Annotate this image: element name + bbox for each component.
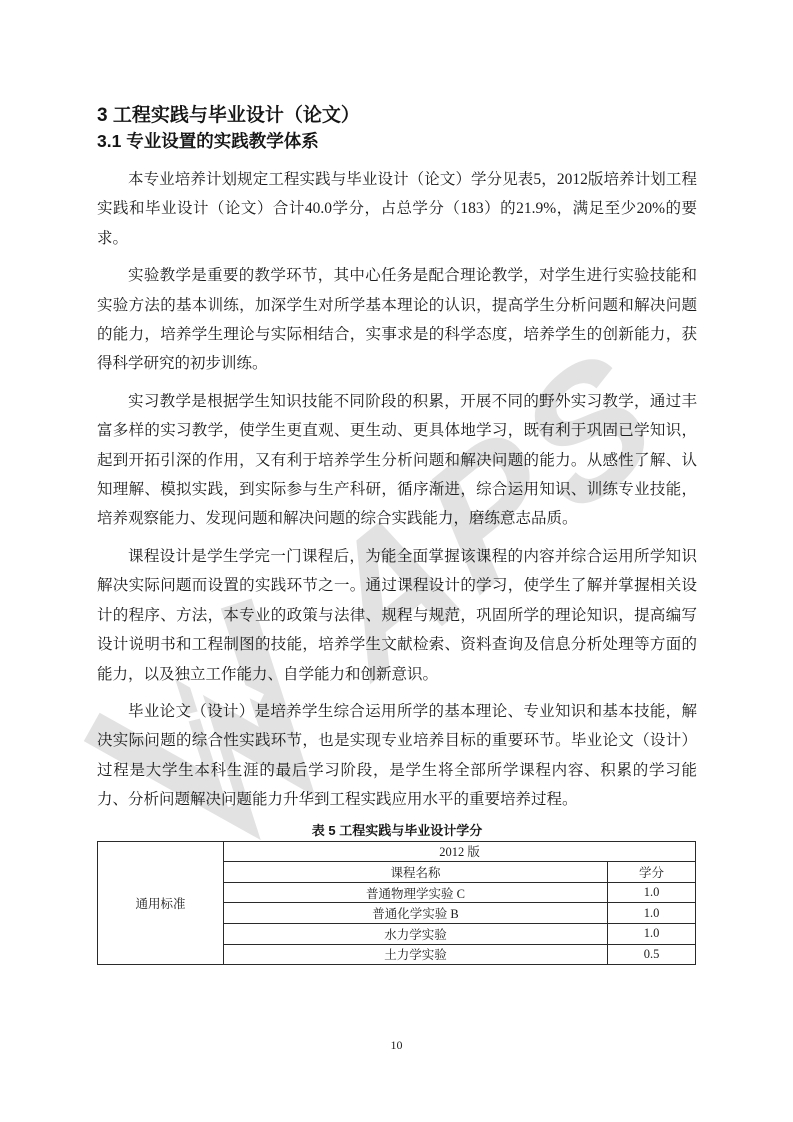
course-name-cell: 水力学实验 [224,923,608,944]
section-heading: 3 工程实践与毕业设计（论文） [97,103,697,129]
course-name-cell: 普通物理学实验 C [224,882,608,903]
credit-value-cell: 1.0 [608,923,696,944]
document-content: 3 工程实践与毕业设计（论文） 3.1 专业设置的实践教学体系 本专业培养计划规… [97,103,697,965]
credit-value-cell: 1.0 [608,882,696,903]
body-paragraph: 实习教学是根据学生知识技能不同阶段的积累，开展不同的野外实习教学，通过丰富多样的… [97,387,697,534]
table-row: 通用标准 2012 版 [98,841,696,862]
row-group-header-cell: 通用标准 [98,841,224,965]
credit-value-cell: 0.5 [608,944,696,965]
document-page: APS 3 工程实践与毕业设计（论文） 3.1 专业设置的实践教学体系 本专业培… [0,0,793,1122]
credits-table: 通用标准 2012 版 课程名称 学分 普通物理学实验 C 1.0 普通化学实验… [97,841,696,966]
subsection-heading: 3.1 专业设置的实践教学体系 [97,129,697,153]
body-paragraph: 实验教学是重要的教学环节，其中心任务是配合理论教学，对学生进行实验技能和实验方法… [97,261,697,379]
credit-value-cell: 1.0 [608,903,696,924]
column-header-credit: 学分 [608,862,696,883]
page-number: 10 [0,1038,793,1053]
course-name-cell: 普通化学实验 B [224,903,608,924]
course-name-cell: 土力学实验 [224,944,608,965]
column-header-course: 课程名称 [224,862,608,883]
body-paragraph: 毕业论文（设计）是培养学生综合运用所学的基本理论、专业知识和基本技能，解决实际问… [97,697,697,815]
body-paragraph: 本专业培养计划规定工程实践与毕业设计（论文）学分见表5，2012版培养计划工程实… [97,165,697,253]
body-paragraph: 课程设计是学生学完一门课程后，为能全面掌握该课程的内容并综合运用所学知识解决实际… [97,542,697,689]
version-header-cell: 2012 版 [224,841,696,862]
table-caption: 表 5 工程实践与毕业设计学分 [97,820,697,839]
